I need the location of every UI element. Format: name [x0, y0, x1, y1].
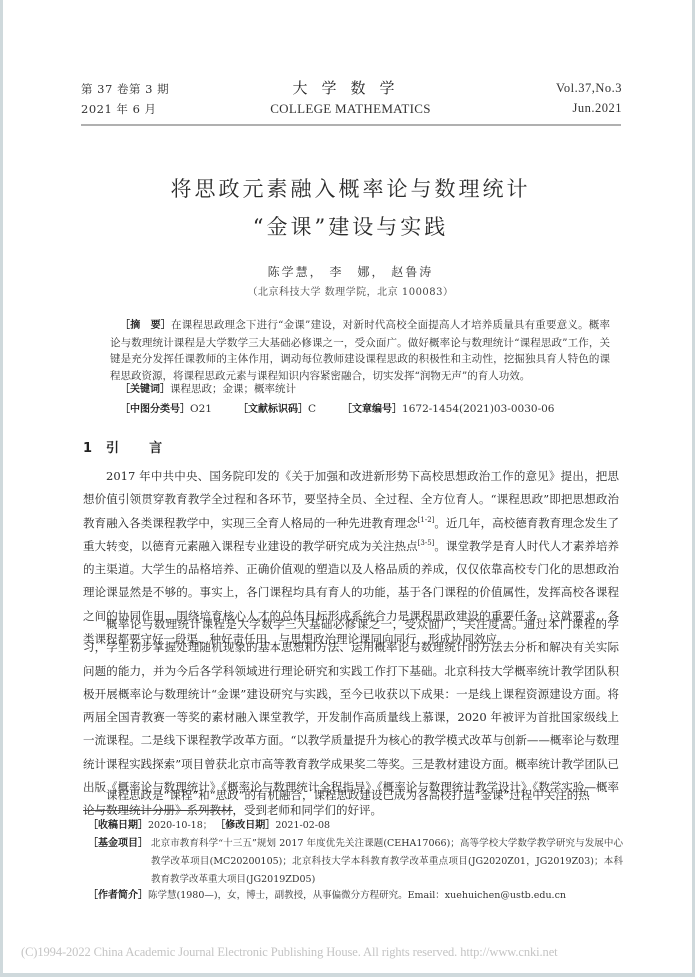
- revised-label: ［修改日期］: [215, 820, 275, 831]
- received-value: 2020-10-18；: [148, 820, 212, 831]
- doc-code-value: C: [308, 403, 316, 415]
- footnote-divider: [83, 810, 233, 811]
- paragraph-3-text: 课程思政是“课程”和“思政”的有机融合，课程思政建设已成为各高校打造“金课”过程…: [83, 784, 619, 807]
- date-en: Jun.2021: [573, 101, 623, 116]
- keywords: ［关键词］课程思政；金课；概率统计: [120, 381, 620, 399]
- abstract: ［摘 要］在课程思政理念下进行“金课”建设，对新时代高校全面提高人才培养质量具有…: [110, 317, 610, 384]
- paper-page: 第 37 卷第 3 期 2021 年 6 月 大学数学 COLLEGE MATH…: [3, 0, 692, 973]
- clc-value: O21: [190, 403, 212, 415]
- article-number-value: 1672-1454(2021)03-0030-06: [402, 403, 554, 415]
- footnote-author: ［作者简介］陈学慧(1980—)，女，博士，副教授，从事偏微分方程研究。Emai…: [88, 887, 623, 905]
- paragraph-3: 课程思政是“课程”和“思政”的有机融合，课程思政建设已成为各高校打造“金课”过程…: [83, 784, 619, 807]
- classification-line: ［中图分类号］O21［文献标识码］C［文章编号］1672-1454(2021)0…: [120, 401, 640, 419]
- authors: 陈学慧， 李 娜， 赵鲁涛: [3, 263, 695, 280]
- fund-value: 北京市教育科学“十三五”规划 2017 年度优先关注课题(CEHA17066)；…: [88, 835, 623, 889]
- article-number-label: ［文章编号］: [342, 404, 402, 415]
- author-bio-label: ［作者简介］: [88, 890, 148, 901]
- section-heading-introduction: 1引言: [83, 437, 162, 456]
- keywords-text: 课程思政；金课；概率统计: [170, 383, 296, 395]
- abstract-label: ［摘 要］: [120, 320, 171, 331]
- article-title-line2: “金课”建设与实践: [3, 211, 695, 241]
- abstract-text: 在课程思政理念下进行“金课”建设，对新时代高校全面提高人才培养质量具有重要意义。…: [110, 319, 610, 382]
- revised-value: 2021-02-08: [275, 820, 330, 831]
- citation-3-5[interactable]: [3-5]: [418, 539, 435, 547]
- section-number: 1: [83, 441, 92, 456]
- header-divider: [81, 124, 621, 126]
- section-title-a: 引: [106, 441, 119, 456]
- volume-issue-en: Vol.37,No.3: [556, 81, 622, 96]
- author-bio-value: 陈学慧(1980—)，女，博士，副教授，从事偏微分方程研究。Email：xueh…: [148, 890, 566, 901]
- clc-label: ［中图分类号］: [120, 404, 190, 415]
- fund-label: ［基金项目］: [88, 835, 148, 853]
- keywords-label: ［关键词］: [120, 384, 170, 395]
- article-title-line1: 将思政元素融入概率论与数理统计: [3, 173, 695, 203]
- footnote-dates: ［收稿日期］2020-10-18； ［修改日期］2021-02-08: [88, 817, 623, 835]
- doc-code-label: ［文献标识码］: [238, 404, 308, 415]
- section-title-b: 言: [149, 441, 162, 456]
- citation-1-2[interactable]: [1-2]: [418, 516, 435, 524]
- received-label: ［收稿日期］: [88, 820, 148, 831]
- copyright-notice: (C)1994-2022 China Academic Journal Elec…: [21, 945, 558, 960]
- affiliation: （北京科技大学 数理学院，北京 100083）: [3, 283, 695, 298]
- footnote-funding: ［基金项目］ 北京市教育科学“十三五”规划 2017 年度优先关注课题(CEHA…: [88, 835, 623, 889]
